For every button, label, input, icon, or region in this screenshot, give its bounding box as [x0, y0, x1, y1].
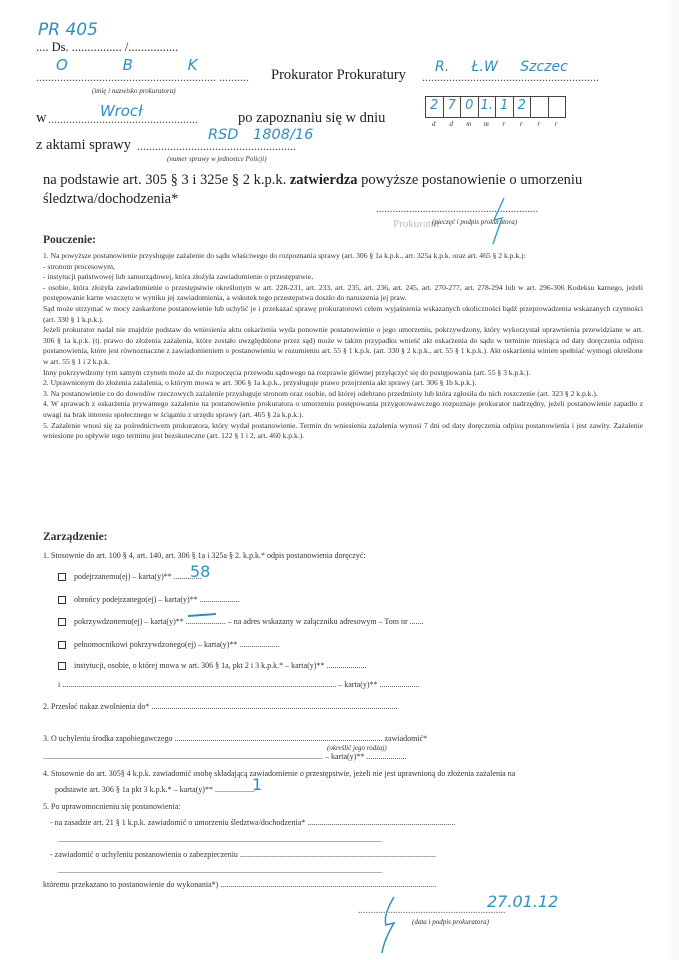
- date-cell: 1.: [479, 97, 497, 117]
- pouczenie-paragraph: 1. Na powyższe postanowienie przysługuje…: [43, 251, 643, 262]
- case-number-handwritten: RSD 1808/16: [208, 127, 313, 143]
- point-4-line2[interactable]: podstawie art. 306 § 1a pkt 3 k.p.k.* – …: [55, 785, 255, 794]
- final-date-handwritten: 27.01.12: [487, 892, 558, 911]
- point-5-a-line2[interactable]: ........................................…: [58, 835, 382, 844]
- checkbox[interactable]: [58, 596, 66, 604]
- ds-line: .... Ds. ................ /.............…: [36, 40, 178, 55]
- pouczenie-paragraph: Inny pokrzywdzony tym samym czynem może …: [43, 368, 643, 379]
- aktami-label: z aktami sprawy: [36, 137, 131, 154]
- date-cell: 1: [496, 97, 514, 117]
- decision-text: na podstawie art. 305 § 3 i 325e § 2 k.p…: [43, 172, 582, 189]
- checkbox[interactable]: [58, 618, 66, 626]
- date-format-labels: dd mm rr rr: [425, 120, 565, 128]
- date-cell: [549, 97, 566, 117]
- pouczenie-paragraph: 5. Zażalenie wnosi się za pośrednictwem …: [43, 421, 643, 442]
- checklist-item-institution[interactable]: instytucji, osobie, o której mowa w art.…: [58, 661, 366, 670]
- case-caption: (numer sprawy w jednostce Policji): [167, 155, 267, 163]
- checklist-item-victim-attorney[interactable]: pełnomocnikowi pokrzywdzonego(ej) – kart…: [58, 640, 279, 649]
- pouczenie-paragraph: 4. W sprawach z oskarżenia prywatnego za…: [43, 399, 643, 420]
- signature-stroke-icon: [490, 196, 510, 246]
- pouczenie-body: 1. Na powyższe postanowienie przysługuje…: [43, 251, 643, 442]
- zarzadzenie-heading: Zarządzenie:: [43, 531, 108, 543]
- point-4-handwritten: 1: [252, 775, 262, 794]
- checkbox[interactable]: [58, 641, 66, 649]
- point-3-line2[interactable]: ........................................…: [43, 752, 406, 761]
- prosecutor-office-handwritten: R. Ł.W Szczec: [435, 59, 568, 75]
- pouczenie-paragraph: Jeżeli prokurator nadal nie znajdzie pod…: [43, 325, 643, 367]
- w-label: w: [36, 110, 46, 127]
- pouczenie-paragraph: - osobie, która złożyła zawiadomienie o …: [43, 283, 643, 304]
- prosecutor-label: Prokurator Prokuratury: [271, 67, 406, 84]
- final-signature-stroke-icon: [378, 895, 400, 955]
- scrollbar[interactable]: [669, 0, 679, 960]
- pouczenie-paragraph: 2. Uprawnionym do złożenia zażalenia, o …: [43, 378, 643, 389]
- pouczenie-paragraph: - instytucji państwowej lub samorządowej…: [43, 272, 643, 283]
- final-signature-caption: (data i podpis prokuratora): [412, 918, 489, 926]
- date-box[interactable]: 2 7 0 1. 1 2: [425, 96, 566, 118]
- decision-text-line2: śledztwa/dochodzenia*: [43, 191, 178, 208]
- point-4: 4. Stosownie do art. 305§ 4 k.p.k. zawia…: [43, 769, 515, 778]
- checklist-item-victim[interactable]: pokrzywdzonemu(ej) – karta(y)** ........…: [58, 617, 424, 626]
- date-cell: [531, 97, 549, 117]
- line-i[interactable]: i ......................................…: [58, 680, 420, 689]
- handwritten-case-ref: PR 405: [38, 20, 98, 40]
- signature-field[interactable]: ........................................…: [376, 203, 538, 215]
- pouczenie-paragraph: Sąd może utrzymać w mocy zaskarżone post…: [43, 304, 643, 325]
- date-cell: 0: [461, 97, 479, 117]
- point-5-b-line2[interactable]: ........................................…: [58, 866, 382, 875]
- zapoznaniu-label: po zapoznaniu się w dniu: [238, 110, 385, 127]
- date-cell: 2: [514, 97, 532, 117]
- point-2[interactable]: 2. Przesłać nakaz zwolnienia do* .......…: [43, 702, 397, 711]
- place-handwritten: Wrocł: [100, 102, 142, 120]
- pouczenie-paragraph: - stronom procesowym,: [43, 262, 643, 273]
- checkbox[interactable]: [58, 573, 66, 581]
- pouczenie-paragraph: 3. Na postanowienie co do dowodów rzeczo…: [43, 389, 643, 400]
- pouczenie-heading: Pouczenie:: [43, 234, 96, 246]
- point-1: 1. Stosownie do art. 100 § 4, art. 140, …: [43, 551, 366, 560]
- point-5: 5. Po uprawomocnieniu się postanowienia:: [43, 802, 181, 811]
- checklist-item-suspect[interactable]: podejrzanemu(ej) – karta(y)** ..........…: [58, 572, 202, 581]
- checkbox[interactable]: [58, 662, 66, 670]
- prosecutor-name-field[interactable]: ........................................…: [36, 70, 249, 85]
- suspect-pages-handwritten: 58: [190, 562, 210, 581]
- point-5-a[interactable]: - na zasadzie art. 21 § 1 k.p.k. zawiado…: [50, 818, 455, 827]
- checklist-item-defender[interactable]: obrońcy podejrzanego(ej) – karta(y)** ..…: [58, 595, 240, 604]
- point-5-c[interactable]: któremu przekazano to postanowienie do w…: [43, 880, 436, 889]
- point-5-b[interactable]: - zawiadomić o uchyleniu postanowienia o…: [50, 850, 436, 859]
- point-3-caption: (określić jego rodzaj): [327, 744, 387, 752]
- date-cell: 2: [426, 97, 444, 117]
- date-cell: 7: [444, 97, 462, 117]
- name-caption: (imię i nazwisko prokuratora): [92, 87, 176, 95]
- point-3[interactable]: 3. O uchyleniu środka zapobiegawczego ..…: [43, 734, 427, 743]
